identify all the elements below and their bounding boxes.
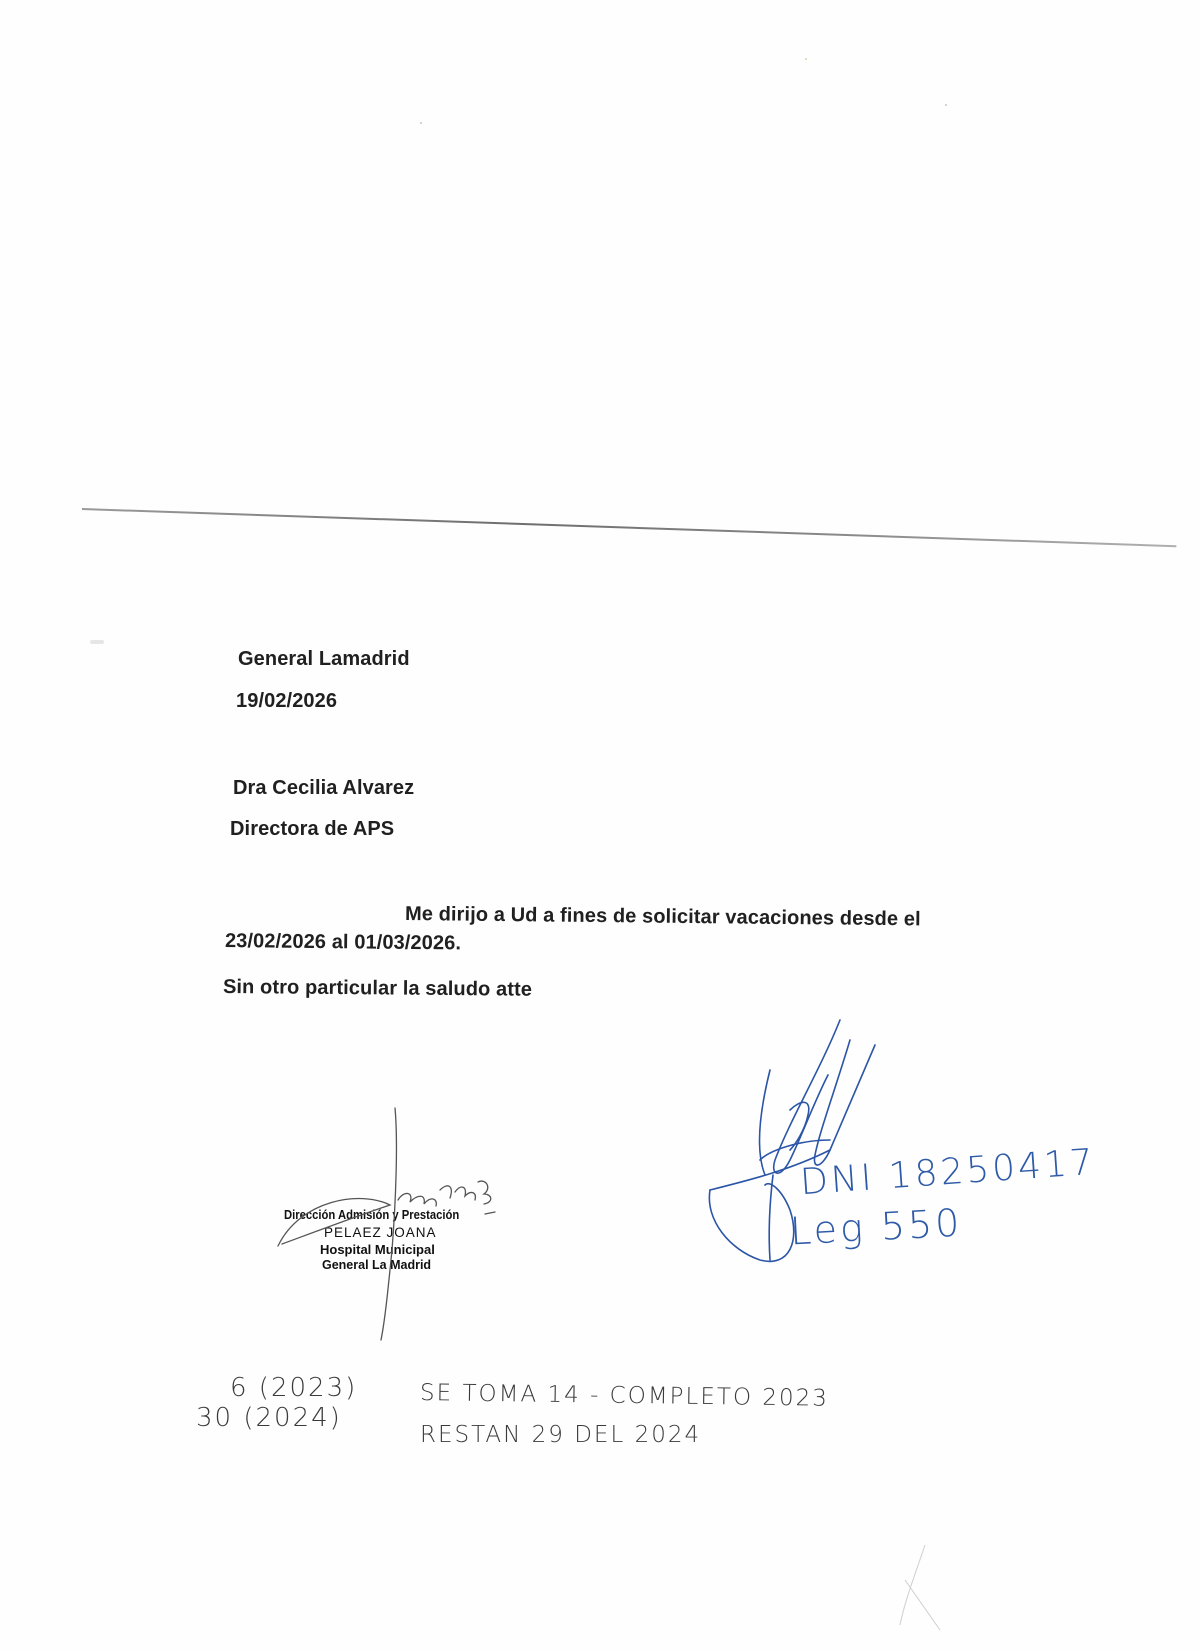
scan-speck <box>420 122 422 124</box>
letter-date: 19/02/2026 <box>236 690 337 713</box>
scan-marks <box>900 1545 940 1630</box>
handwritten-dni: DNI 18250417 <box>799 1142 1097 1204</box>
note-remaining-2024: RESTAN 29 DEL 2024 <box>420 1422 701 1448</box>
letter-place: General Lamadrid <box>238 648 410 671</box>
recipient-title: Directora de APS <box>230 818 394 841</box>
body-line-2: 23/02/2026 al 01/03/2026. <box>225 930 461 955</box>
fold-line-divider <box>82 508 1176 547</box>
handwritten-legajo: Leg 550 <box>789 1201 963 1254</box>
stamp-department: Dirección Admisión y Prestación <box>284 1208 459 1222</box>
note-2023-days: 6 (2023) <box>230 1373 357 1403</box>
scan-speck <box>805 58 807 60</box>
note-2024-days: 30 (2024) <box>196 1403 342 1433</box>
stamp-location: General La Madrid <box>322 1258 431 1272</box>
scan-speck <box>945 104 947 106</box>
recipient-name: Dra Cecilia Alvarez <box>233 777 414 800</box>
scan-smudge <box>90 640 104 644</box>
stamp-signature-icon <box>278 1108 495 1340</box>
body-closing: Sin otro particular la saludo atte <box>223 976 532 1002</box>
stamp-hospital: Hospital Municipal <box>320 1242 435 1257</box>
stamp-name: PELAEZ JOANA <box>324 1225 437 1240</box>
note-taken-2023: SE TOMA 14 - COMPLETO 2023 <box>420 1380 829 1412</box>
scanned-page: General Lamadrid 19/02/2026 Dra Cecilia … <box>0 0 1200 1651</box>
body-line-1: Me dirijo a Ud a fines de solicitar vaca… <box>405 903 921 931</box>
